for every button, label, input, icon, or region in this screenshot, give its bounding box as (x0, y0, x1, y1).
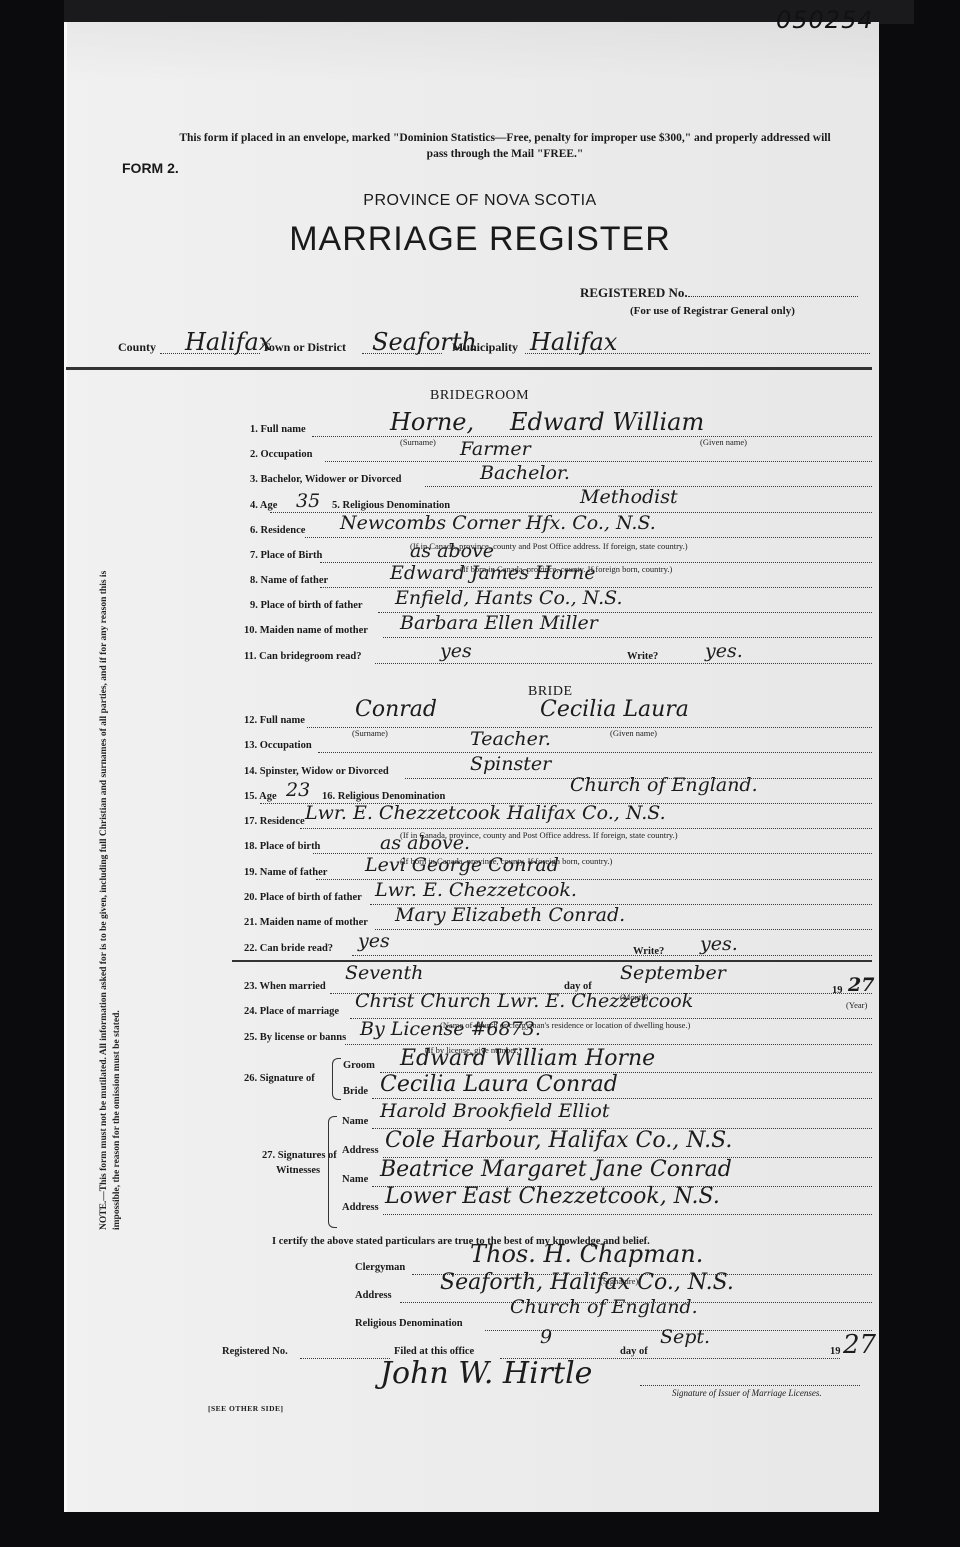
line (383, 637, 872, 638)
witness2-name-label: Name (342, 1174, 368, 1185)
groom-age: 35 (296, 490, 320, 512)
year-hint: (Year) (846, 1000, 867, 1010)
filed-year: 27 (843, 1330, 876, 1360)
form-label: FORM 2. (122, 160, 179, 176)
groom-religion-label: 5. Religious Denomination (332, 500, 450, 511)
line (383, 1214, 872, 1215)
given-name-hint: (Given name) (610, 728, 657, 738)
filed-month: Sept. (660, 1326, 710, 1348)
town-label: Town or District (262, 340, 346, 355)
groom-father: Edward James Horne (390, 562, 595, 584)
filed-year-prefix: 19 (830, 1346, 841, 1357)
line (312, 436, 872, 437)
line (640, 1385, 860, 1386)
witness2-address-label: Address (342, 1202, 379, 1213)
clergyman-address: Seaforth, Halifax Co., N.S. (440, 1270, 734, 1295)
registered-no-field: REGISTERED No. (580, 285, 858, 301)
groom-signature: Edward William Horne (400, 1046, 655, 1071)
bride-father-label: 19. Name of father (244, 867, 327, 878)
clergyman-address-label: Address (355, 1290, 392, 1301)
county-value: Halifax (185, 328, 272, 356)
divider (66, 367, 872, 370)
surname-hint: (Surname) (400, 437, 436, 447)
line (375, 663, 872, 664)
groom-father-birthplace: Enfield, Hants Co., N.S. (395, 587, 623, 609)
bride-signature-label: Bride (343, 1086, 368, 1097)
bride-status-label: 14. Spinster, Widow or Divorced (244, 766, 389, 777)
clergyman-signature: Thos. H. Chapman. (470, 1240, 703, 1268)
license-value: By License #6873. (360, 1018, 541, 1040)
year-prefix: 19 (832, 985, 843, 996)
bride-age-label: 15. Age (244, 791, 277, 802)
bride-write-label: Write? (633, 946, 664, 957)
issuer-label: Signature of Issuer of Marriage Licenses… (672, 1388, 822, 1398)
groom-age-label: 4. Age (250, 500, 277, 511)
groom-occupation: Farmer (460, 438, 531, 460)
license-label: 25. By license or banns (244, 1032, 346, 1043)
registered-no-value (688, 296, 858, 297)
bride-surname: Conrad (355, 697, 437, 722)
municipality-label: Municipality (452, 340, 518, 355)
line (318, 752, 872, 753)
groom-write: yes. (705, 640, 743, 662)
mail-notice: This form if placed in an envelope, mark… (170, 130, 840, 162)
bride-age: 23 (286, 779, 310, 801)
filed-day: 9 (540, 1326, 552, 1348)
witnesses-label-line1: 27. Signatures of (262, 1150, 337, 1161)
groom-surname: Horne, (390, 408, 474, 436)
bride-birthplace-label: 18. Place of birth (244, 841, 320, 852)
filed-day-of-label: day of (620, 1346, 648, 1357)
when-married-label: 23. When married (244, 981, 326, 992)
witnesses-label: 27. Signatures of Witnesses (262, 1150, 337, 1176)
line (375, 929, 872, 930)
bride-given-name: Cecilia Laura (540, 697, 689, 722)
registrar-note: (For use of Registrar General only) (630, 305, 795, 317)
issuer-signature: John W. Hirtle (380, 1356, 592, 1391)
witness1-name: Harold Brookfield Elliot (380, 1100, 610, 1122)
brace (332, 1058, 341, 1100)
bride-father-birthplace-label: 20. Place of birth of father (244, 892, 362, 903)
witness1-address-label: Address (342, 1145, 379, 1156)
bride-status: Spinster (470, 753, 551, 775)
witness1-address: Cole Harbour, Halifax Co., N.S. (385, 1128, 732, 1153)
bride-signature: Cecilia Laura Conrad (380, 1072, 618, 1097)
groom-father-birthplace-label: 9. Place of birth of father (250, 600, 363, 611)
bride-mother-label: 21. Maiden name of mother (244, 917, 368, 928)
side-note: NOTE.—This form must not be mutilated. A… (98, 550, 124, 1230)
line (300, 828, 872, 829)
bride-father-birthplace: Lwr. E. Chezzetcook. (375, 879, 577, 901)
bride-residence-label: 17. Residence (244, 816, 305, 827)
bride-father: Levi George Conrad (365, 854, 559, 876)
bride-occupation-label: 13. Occupation (244, 740, 312, 751)
marriage-day: Seventh (345, 962, 423, 984)
groom-religion: Methodist (580, 486, 678, 508)
bride-fullname-label: 12. Full name (244, 715, 305, 726)
clergyman-label: Clergyman (355, 1262, 405, 1273)
witness1-name-label: Name (342, 1116, 368, 1127)
groom-residence: Newcombs Corner Hfx. Co., N.S. (340, 512, 656, 534)
bride-birthplace: as above. (380, 832, 470, 854)
bride-write: yes. (700, 933, 738, 955)
marriage-month: September (620, 962, 726, 984)
place-of-marriage-label: 24. Place of marriage (244, 1006, 339, 1017)
line (372, 1098, 872, 1099)
groom-mother: Barbara Ellen Miller (400, 612, 598, 634)
groom-signature-label: Groom (343, 1060, 375, 1071)
county-label: County (118, 340, 156, 355)
groom-birthplace: as above (410, 540, 494, 562)
groom-mother-label: 10. Maiden name of mother (244, 625, 368, 636)
groom-write-label: Write? (627, 651, 658, 662)
province-heading: PROVINCE OF NOVA SCOTIA (300, 192, 660, 210)
signature-of-label: 26. Signature of (244, 1073, 315, 1084)
groom-given-name: Edward William (510, 408, 704, 436)
witness2-name: Beatrice Margaret Jane Conrad (380, 1157, 732, 1182)
groom-occupation-label: 2. Occupation (250, 449, 312, 460)
page-title: MARRIAGE REGISTER (200, 220, 760, 259)
given-name-hint: (Given name) (700, 437, 747, 447)
clergyman-denomination-label: Religious Denomination (355, 1318, 463, 1329)
municipality-value: Halifax (530, 328, 617, 356)
groom-birthplace-label: 7. Place of Birth (250, 550, 322, 561)
groom-father-label: 8. Name of father (250, 575, 328, 586)
bride-religion: Church of England. (570, 774, 758, 796)
clergyman-denomination: Church of England. (510, 1296, 698, 1318)
line (325, 461, 872, 462)
see-other-side: [SEE OTHER SIDE] (208, 1404, 284, 1413)
groom-read: yes (440, 640, 472, 662)
brace (328, 1116, 337, 1228)
place-of-marriage: Christ Church Lwr. E. Chezzetcook (355, 990, 693, 1012)
line (305, 537, 872, 538)
line (307, 727, 872, 728)
groom-fullname-label: 1. Full name (250, 424, 306, 435)
bride-mother: Mary Elizabeth Conrad. (395, 904, 625, 926)
marriage-year: 27 (848, 974, 874, 996)
bride-read-label: 22. Can bride read? (244, 943, 333, 954)
surname-hint: (Surname) (352, 728, 388, 738)
groom-residence-label: 6. Residence (250, 525, 305, 536)
witness2-address: Lower East Chezzetcook, N.S. (385, 1184, 720, 1209)
bride-read: yes (358, 930, 390, 952)
line (300, 1358, 390, 1359)
bride-occupation: Teacher. (470, 728, 551, 750)
divider (232, 960, 872, 962)
line (352, 955, 872, 956)
groom-read-label: 11. Can bridegroom read? (244, 651, 361, 662)
document-number: 050254 (776, 6, 874, 34)
witnesses-label-line2: Witnesses (262, 1161, 337, 1176)
bride-religion-label: 16. Religious Denomination (322, 791, 445, 802)
groom-status-label: 3. Bachelor, Widower or Divorced (250, 474, 401, 485)
registered-no-label: REGISTERED No. (580, 285, 688, 300)
bride-residence: Lwr. E. Chezzetcook Halifax Co., N.S. (305, 802, 666, 824)
bridegroom-heading: BRIDEGROOM (430, 388, 529, 404)
groom-status: Bachelor. (480, 462, 570, 484)
filing-registered-no-label: Registered No. (222, 1346, 288, 1357)
